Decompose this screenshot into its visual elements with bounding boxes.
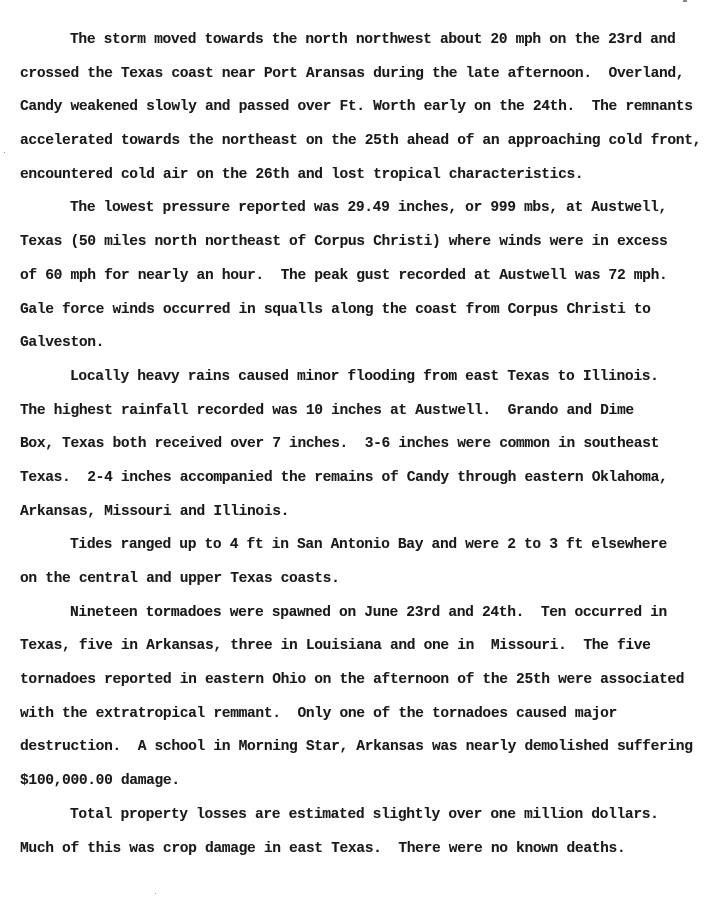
text-line: Texas, five in Arkansas, three in Louisi… <box>20 636 710 670</box>
scan-speck <box>4 152 5 153</box>
typed-page: The storm moved towards the north northw… <box>20 30 710 872</box>
text-line: The highest rainfall recorded was 10 inc… <box>20 401 710 435</box>
text-line: destruction. A school in Morning Star, A… <box>20 737 710 771</box>
paragraph: The storm moved towards the north northw… <box>20 30 710 198</box>
text-line: with the extratropical remmant. Only one… <box>20 704 710 738</box>
text-line: Arkansas, Missouri and Illinois. <box>20 502 710 536</box>
text-line: Texas. 2-4 inches accompanied the remain… <box>20 468 710 502</box>
paragraph: Nineteen tormadoes were spawned on June … <box>20 603 710 805</box>
text-line: encountered cold air on the 26th and los… <box>20 165 710 199</box>
text-line: Texas (50 miles north northeast of Corpu… <box>20 232 710 266</box>
text-line: Galveston. <box>20 333 710 367</box>
text-line: tornadoes reported in eastern Ohio on th… <box>20 670 710 704</box>
paragraph: Tides ranged up to 4 ft in San Antonio B… <box>20 535 710 602</box>
text-line: of 60 mph for nearly an hour. The peak g… <box>20 266 710 300</box>
text-line: Candy weakened slowly and passed over Ft… <box>20 97 710 131</box>
paragraph: The lowest pressure reported was 29.49 i… <box>20 198 710 366</box>
text-line: Much of this was crop damage in east Tex… <box>20 839 710 873</box>
text-line: Tides ranged up to 4 ft in San Antonio B… <box>20 535 710 569</box>
scan-mark <box>683 0 687 2</box>
text-line: Total property losses are estimated slig… <box>20 805 710 839</box>
scan-speck <box>155 893 156 894</box>
text-line: Gale force winds occurred in squalls alo… <box>20 300 710 334</box>
text-line: $100,000.00 damage. <box>20 771 710 805</box>
text-line: The storm moved towards the north northw… <box>20 30 710 64</box>
text-line: Nineteen tormadoes were spawned on June … <box>20 603 710 637</box>
text-line: The lowest pressure reported was 29.49 i… <box>20 198 710 232</box>
text-line: crossed the Texas coast near Port Aransa… <box>20 64 710 98</box>
text-line: on the central and upper Texas coasts. <box>20 569 710 603</box>
paragraph: Locally heavy rains caused minor floodin… <box>20 367 710 535</box>
text-line: Box, Texas both received over 7 inches. … <box>20 434 710 468</box>
text-line: Locally heavy rains caused minor floodin… <box>20 367 710 401</box>
text-line: accelerated towards the northeast on the… <box>20 131 710 165</box>
paragraph: Total property losses are estimated slig… <box>20 805 710 872</box>
